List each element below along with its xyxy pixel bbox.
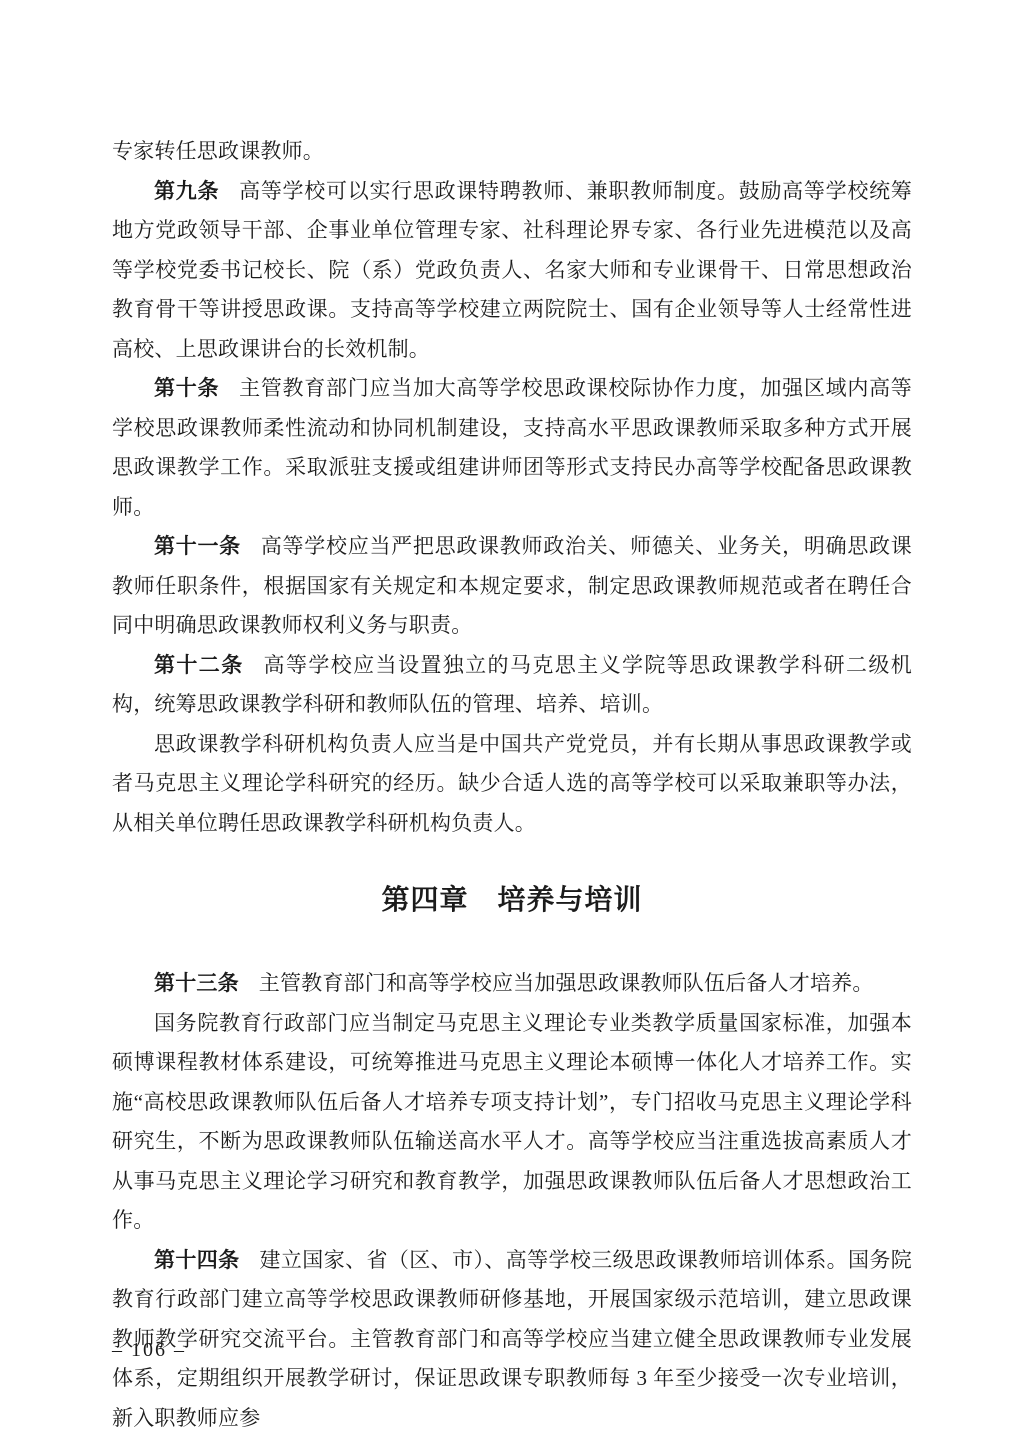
article-13-paragraph: 第十三条主管教育部门和高等学校应当加强思政课教师队伍后备人才培养。 — [112, 964, 912, 1004]
article-9-text: 高等学校可以实行思政课特聘教师、兼职教师制度。鼓励高等学校统筹地方党政领导干部、… — [112, 179, 912, 361]
article-9-paragraph: 第九条高等学校可以实行思政课特聘教师、兼职教师制度。鼓励高等学校统筹地方党政领导… — [112, 172, 912, 370]
page-number: – 106 – — [112, 1339, 186, 1362]
article-11-paragraph: 第十一条高等学校应当严把思政课教师政治关、师德关、业务关，明确思政课教师任职条件… — [112, 527, 912, 646]
article-13-label: 第十三条 — [154, 971, 239, 995]
plain-paragraph-research-director: 思政课教学科研机构负责人应当是中国共产党党员，并有长期从事思政课教学或者马克思主… — [112, 725, 912, 844]
chapter-heading: 第四章 培养与培训 — [112, 881, 912, 921]
article-11-label: 第十一条 — [154, 534, 241, 558]
document-page: 专家转任思政课教师。 第九条高等学校可以实行思政课特聘教师、兼职教师制度。鼓励高… — [112, 132, 912, 1438]
article-14-label: 第十四条 — [154, 1248, 240, 1272]
article-10-paragraph: 第十条主管教育部门应当加大高等学校思政课校际协作力度，加强区域内高等学校思政课教… — [112, 369, 912, 527]
article-12-paragraph: 第十二条高等学校应当设置独立的马克思主义学院等思政课教学科研二级机构，统筹思政课… — [112, 646, 912, 725]
article-14-paragraph: 第十四条建立国家、省（区、市）、高等学校三级思政课教师培训体系。国务院教育行政部… — [112, 1241, 912, 1439]
article-13-text: 主管教育部门和高等学校应当加强思政课教师队伍后备人才培养。 — [259, 971, 874, 995]
plain-paragraph-talent-cultivation: 国务院教育行政部门应当制定马克思主义理论专业类教学质量国家标准，加强本硕博课程教… — [112, 1004, 912, 1241]
article-12-label: 第十二条 — [154, 653, 244, 677]
article-10-text: 主管教育部门应当加大高等学校思政课校际协作力度，加强区域内高等学校思政课教师柔性… — [112, 376, 912, 519]
article-14-text: 建立国家、省（区、市）、高等学校三级思政课教师培训体系。国务院教育行政部门建立高… — [112, 1248, 912, 1430]
article-10-label: 第十条 — [154, 376, 219, 400]
continuation-paragraph: 专家转任思政课教师。 — [112, 132, 912, 172]
article-9-label: 第九条 — [154, 179, 219, 203]
